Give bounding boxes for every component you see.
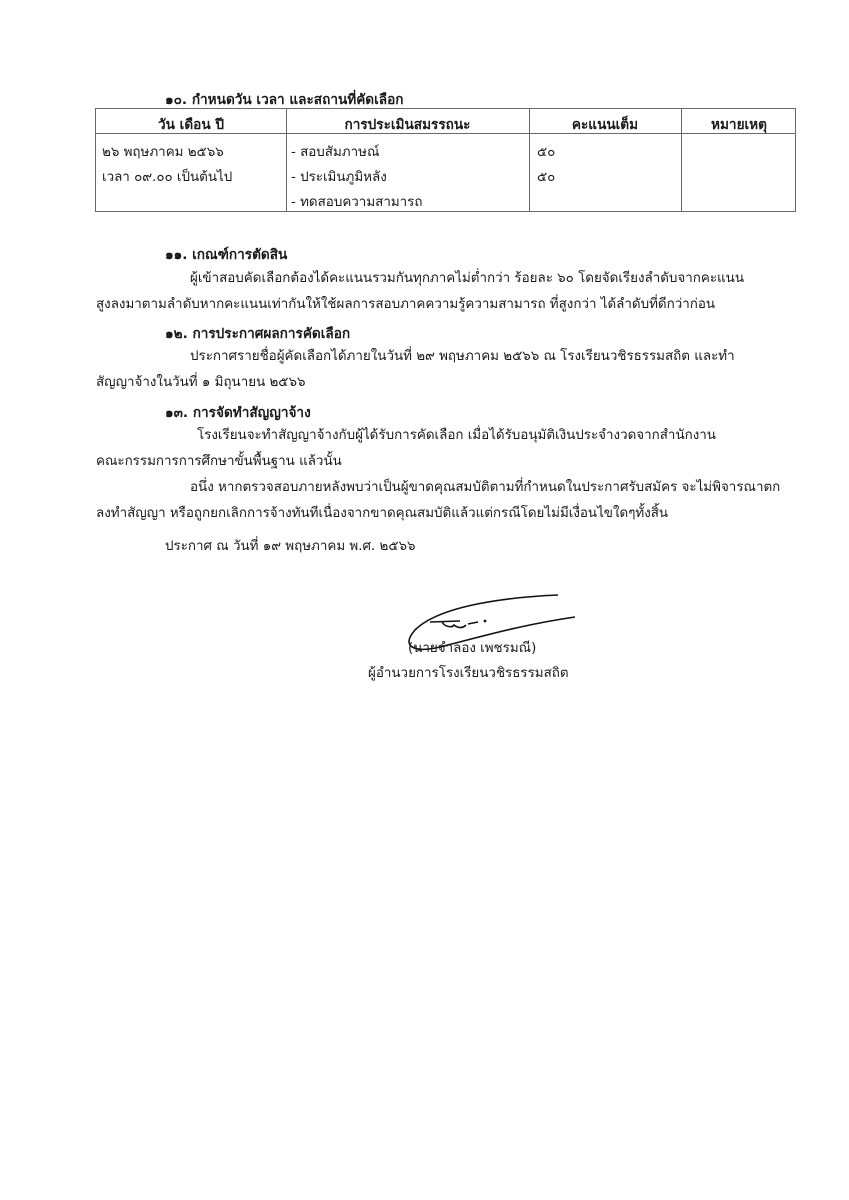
- table-cell-assessment: - ทดสอบความสามารถ: [291, 191, 423, 212]
- table-cell-date: ๒๖ พฤษภาคม ๒๕๖๖: [102, 141, 224, 162]
- section-12-heading: ๑๒. การประกาศผลการคัดเลือก: [165, 322, 350, 344]
- section-10-heading: ๑๐. กำหนดวัน เวลา และสถานที่คัดเลือก: [165, 88, 404, 110]
- signatory-name: (นายจำลอง เพชรมณี): [408, 641, 536, 657]
- table-cell-time: เวลา ๐๙.๐๐ เป็นต้นไป: [102, 166, 232, 187]
- section-12-paragraph-line: ประกาศรายชื่อผู้คัดเลือกได้ภายในวันที่ ๒…: [190, 349, 735, 365]
- table-header-remarks: หมายเหตุ: [681, 113, 797, 135]
- table-cell-assessment: - ประเมินภูมิหลัง: [291, 166, 387, 187]
- section-11-paragraph-line: ผู้เข้าสอบคัดเลือกต้องได้คะแนนรวมกันทุกภ…: [190, 271, 744, 287]
- selection-schedule-table: วัน เดือน ปี การประเมินสมรรถนะ คะแนนเต็ม…: [95, 108, 796, 212]
- table-header-date: วัน เดือน ปี: [96, 113, 286, 135]
- signatory-position: ผู้อำนวยการโรงเรียนวชิรธรรมสถิต: [368, 666, 569, 682]
- section-11-paragraph-line: สูงลงมาตามลำดับหากคะแนนเท่ากันให้ใช้ผลกา…: [96, 297, 715, 313]
- table-cell-score: ๕๐: [537, 141, 555, 162]
- section-12-paragraph-line: สัญญาจ้างในวันที่ ๑ มิถุนายน ๒๕๖๖: [96, 375, 305, 391]
- table-header-full-score: คะแนนเต็ม: [529, 113, 681, 135]
- section-13-paragraph-line: โรงเรียนจะทำสัญญาจ้างกับผู้ได้รับการคัดเ…: [197, 428, 716, 444]
- table-header-assessment: การประเมินสมรรถนะ: [286, 113, 529, 135]
- section-13-paragraph-line: คณะกรรมการการศึกษาขั้นพื้นฐาน แล้วนั้น: [96, 454, 342, 470]
- table-cell-score: ๕๐: [537, 166, 555, 187]
- section-13-heading: ๑๓. การจัดทำสัญญาจ้าง: [165, 401, 311, 423]
- section-11-heading: ๑๑. เกณฑ์การตัดสิน: [165, 243, 287, 265]
- table-cell-assessment: - สอบสัมภาษณ์: [291, 141, 379, 162]
- announcement-date: ประกาศ ณ วันที่ ๑๙ พฤษภาคม พ.ศ. ๒๕๖๖: [165, 539, 415, 555]
- section-13-paragraph-line: ลงทำสัญญา หรือถูกยกเลิกการจ้างทันทีเนื่อ…: [96, 506, 668, 522]
- section-13-paragraph-line: อนึ่ง หากตรวจสอบภายหลังพบว่าเป็นผู้ขาดคุ…: [190, 480, 780, 496]
